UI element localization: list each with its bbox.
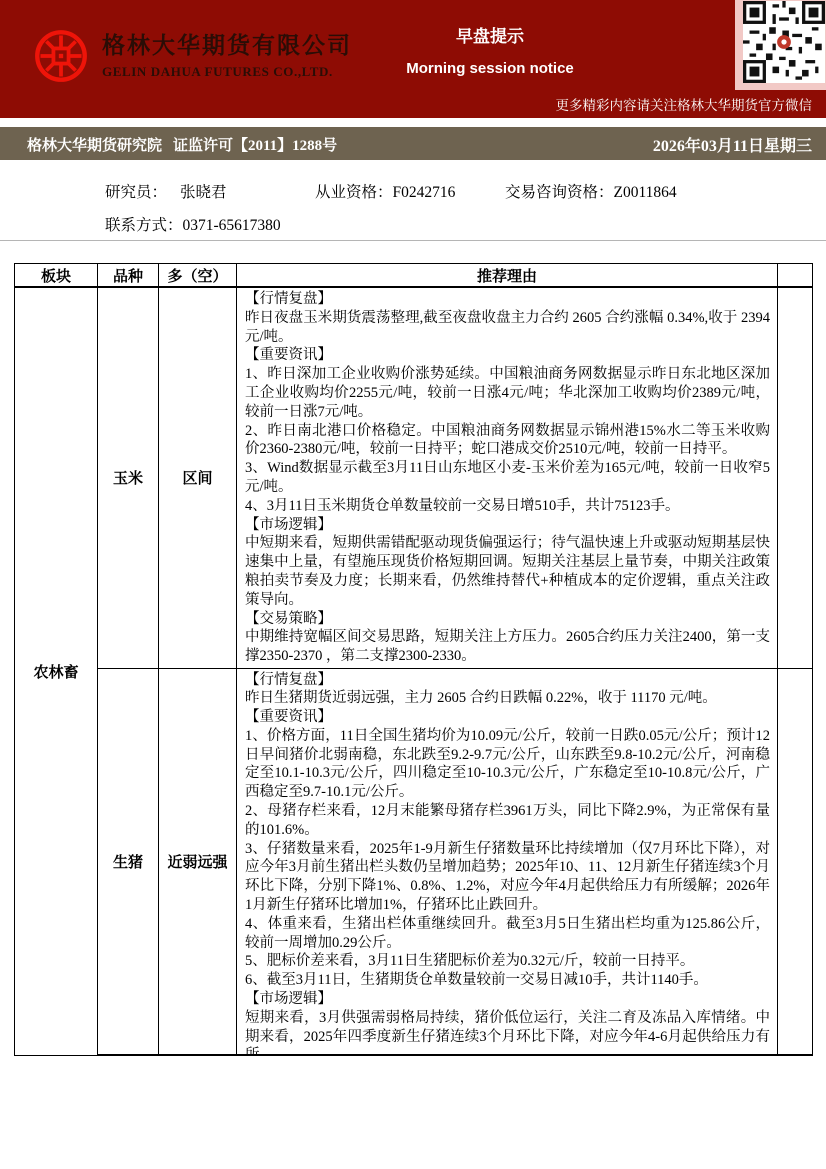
content-paragraph: 【市场逻辑】 xyxy=(245,516,770,535)
company-name-block: 格林大华期货有限公司 GELIN DAHUA FUTURES CO.,LTD. xyxy=(102,27,352,80)
qr-code-frame xyxy=(735,0,826,90)
content-paragraph: 6、截至3月11日，生猪期货仓单数量较前一交易日减10手，共计1140手。 xyxy=(245,971,770,990)
content-paragraph: 3、仔猪数量来看，2025年1-9月新生仔猪数量环比持续增加（仅7月环比下降），… xyxy=(245,840,770,915)
morning-notice-page: 格林大华期货有限公司 GELIN DAHUA FUTURES CO.,LTD. … xyxy=(0,0,826,1169)
col-header-position: 多（空） xyxy=(159,264,237,288)
researcher-advisory-qualification: 交易咨询资格：Z0011864 xyxy=(505,180,677,202)
notice-title-block: 早盘提示 Morning session notice xyxy=(330,22,650,77)
content-paragraph: 【重要资讯】 xyxy=(245,346,770,365)
content-paragraph: 5、肥标价差来看，3月11日生猪肥标价差为0.32元/斤，较前一日持平。 xyxy=(245,952,770,971)
col-header-reason: 推荐理由 xyxy=(237,264,778,288)
divider-rule xyxy=(0,240,826,241)
col-header-sector: 板块 xyxy=(15,264,98,288)
content-paragraph: 4、3月11日玉米期货仓单数量较前一交易日增510手，共计75123手。 xyxy=(245,497,770,516)
recommendation-table: 板块 品种 多（空） 推荐理由 农林畜 玉米 区间 【行情复盘】昨日夜盘玉米期货… xyxy=(14,263,813,1056)
content-paragraph: 【行情复盘】 xyxy=(245,290,770,309)
content-paragraph: 4、体重来看，生猪出栏体重继续回升。截至3月5日生猪出栏均重为125.86公斤，… xyxy=(245,915,770,953)
variety-cell-pig: 生猪 xyxy=(98,668,159,1055)
content-paragraph: 3、Wind数据显示截至3月11日山东地区小麦-玉米价差为165元/吨，较前一日… xyxy=(245,459,770,497)
report-date: 2026年03月11日星期三 xyxy=(653,133,812,156)
reason-content-pig: 【行情复盘】昨日生猪期货近弱远强，主力 2605 合约日跌幅 0.22%，收于 … xyxy=(237,669,777,1054)
content-paragraph: 短期来看，3月供强需弱格局持续，猪价低位运行，关注二育及冻品入库情绪。中期来看，… xyxy=(245,1009,770,1054)
content-paragraph: 【重要资讯】 xyxy=(245,708,770,727)
reason-cell-pig: 【行情复盘】昨日生猪期货近弱远强，主力 2605 合约日跌幅 0.22%，收于 … xyxy=(237,668,778,1055)
notice-title-en: Morning session notice xyxy=(330,60,650,77)
table-header-row: 板块 品种 多（空） 推荐理由 xyxy=(15,264,813,288)
researcher-contact: 联系方式：0371-65617380 xyxy=(105,213,281,235)
content-paragraph: 1、昨日深加工企业收购价涨势延续。中国粮油商务网数据显示昨日东北地区深加工企业收… xyxy=(245,365,770,421)
reason-content-corn: 【行情复盘】昨日夜盘玉米期货震荡整理,截至夜盘收盘主力合约 2605 合约涨幅 … xyxy=(237,288,777,667)
content-paragraph: 1、价格方面，11日全国生猪均价为10.09元/公斤，较前一日跌0.05元/公斤… xyxy=(245,727,770,802)
company-name-cn: 格林大华期货有限公司 xyxy=(102,27,352,60)
sub-header-bar: 格林大华期货研究院 证监许可【2011】1288号 2026年03月11日星期三 xyxy=(0,127,826,160)
content-paragraph: 2、昨日南北港口价格稳定。中国粮油商务网数据显示锦州港15%水二等玉米收购价23… xyxy=(245,422,770,460)
notice-title-cn: 早盘提示 xyxy=(330,22,650,47)
content-paragraph: 昨日夜盘玉米期货震荡整理,截至夜盘收盘主力合约 2605 合约涨幅 0.34%,… xyxy=(245,309,770,347)
table-row: 生猪 近弱远强 【行情复盘】昨日生猪期货近弱远强，主力 2605 合约日跌幅 0… xyxy=(15,668,813,1055)
content-paragraph: 【市场逻辑】 xyxy=(245,990,770,1009)
researcher-qualification: 从业资格：F0242716 xyxy=(315,180,455,202)
company-name-en: GELIN DAHUA FUTURES CO.,LTD. xyxy=(102,64,352,80)
content-paragraph: 2、母猪存栏来看，12月末能繁母猪存栏3961万头，同比下降2.9%，为正常保有… xyxy=(245,802,770,840)
reason-cell-corn: 【行情复盘】昨日夜盘玉米期货震荡整理,截至夜盘收盘主力合约 2605 合约涨幅 … xyxy=(237,287,778,668)
table-row: 农林畜 玉米 区间 【行情复盘】昨日夜盘玉米期货震荡整理,截至夜盘收盘主力合约 … xyxy=(15,287,813,668)
position-cell-corn: 区间 xyxy=(159,287,237,668)
content-paragraph: 中期维持宽幅区间交易思路，短期关注上方压力。2605合约压力关注2400，第一支… xyxy=(245,628,770,666)
content-paragraph: 中短期来看，短期供需错配驱动现货偏强运行；待气温快速上升或驱动短期基层快速集中上… xyxy=(245,534,770,609)
extra-cell xyxy=(778,668,813,1055)
company-logo-icon xyxy=(34,29,88,83)
license-number: 证监许可【2011】1288号 xyxy=(173,134,337,155)
extra-cell xyxy=(778,287,813,668)
top-banner: 格林大华期货有限公司 GELIN DAHUA FUTURES CO.,LTD. … xyxy=(0,0,826,118)
research-institute: 格林大华期货研究院 xyxy=(27,134,162,155)
researcher-name-label: 研究员： xyxy=(105,180,167,202)
sector-cell: 农林畜 xyxy=(15,287,98,1055)
content-paragraph: 【行情复盘】 xyxy=(245,671,770,690)
col-header-extra xyxy=(778,264,813,288)
qr-code-icon xyxy=(743,1,825,83)
researcher-name: 张晓君 xyxy=(180,180,227,202)
content-paragraph: 昨日生猪期货近弱远强，主力 2605 合约日跌幅 0.22%，收于 11170 … xyxy=(245,689,770,708)
wechat-note: 更多精彩内容请关注格林大华期货官方微信 xyxy=(556,94,813,114)
position-cell-pig: 近弱远强 xyxy=(159,668,237,1055)
col-header-variety: 品种 xyxy=(98,264,159,288)
content-paragraph: 【交易策略】 xyxy=(245,610,770,629)
variety-cell-corn: 玉米 xyxy=(98,287,159,668)
